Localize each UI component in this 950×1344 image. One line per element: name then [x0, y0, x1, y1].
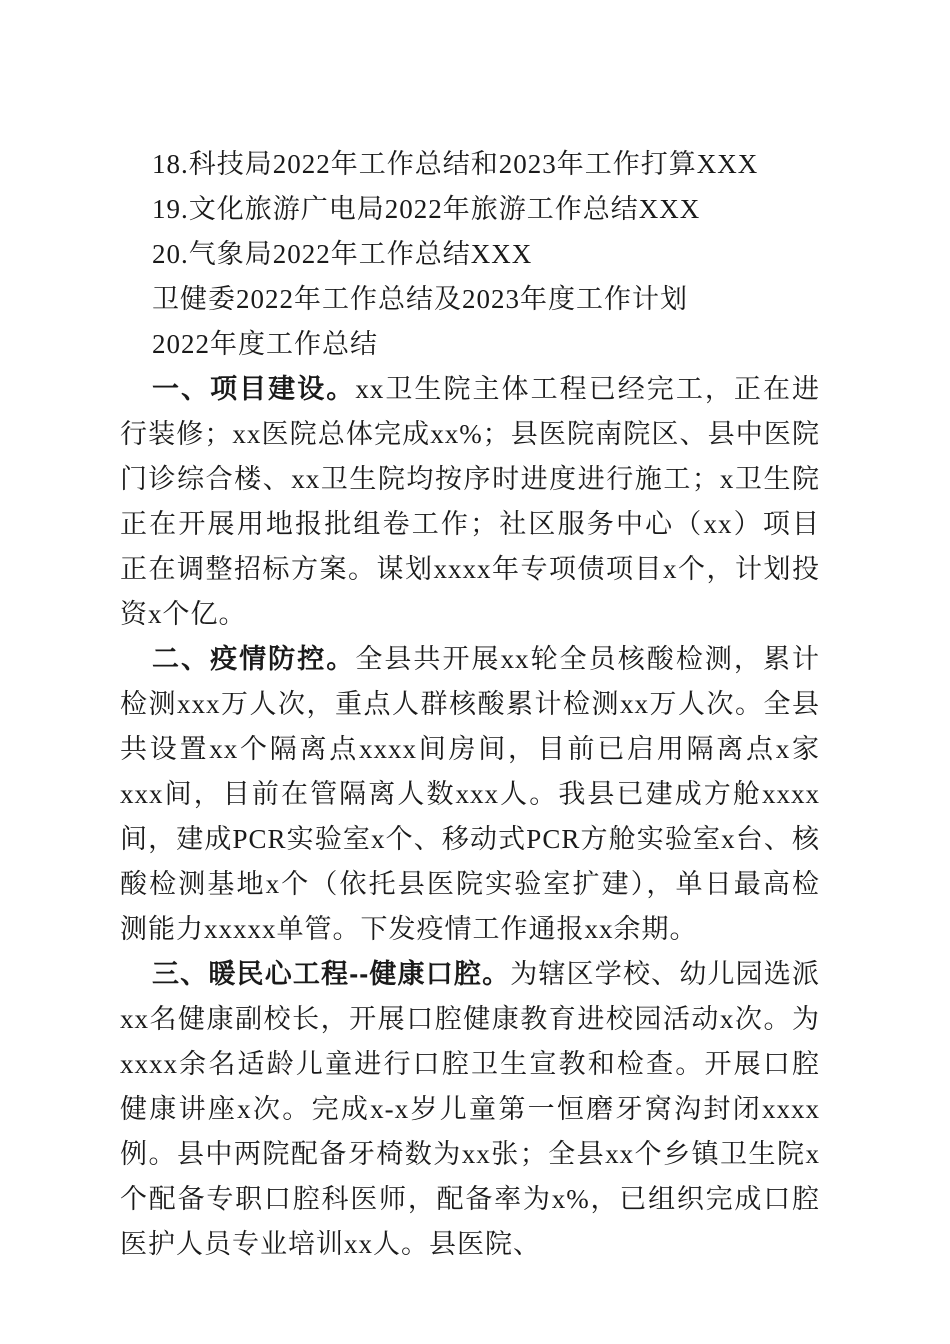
list-item-18: 18.科技局2022年工作总结和2023年工作打算XXX — [120, 142, 820, 187]
paragraph-heading: 二、疫情防控。 — [152, 644, 355, 674]
list-item-19: 19.文化旅游广电局2022年旅游工作总结XXX — [120, 187, 820, 232]
paragraph-epidemic-prevention: 二、疫情防控。全县共开展xx轮全员核酸检测，累计检测xxx万人次，重点人群核酸累… — [120, 637, 820, 952]
document-page: 18.科技局2022年工作总结和2023年工作打算XXX 19.文化旅游广电局2… — [0, 0, 950, 1344]
paragraph-heading: 一、项目建设。 — [152, 374, 355, 404]
paragraph-healthy-teeth: 三、暖民心工程--健康口腔。为辖区学校、幼儿园选派xx名健康副校长，开展口腔健康… — [120, 952, 820, 1267]
paragraph-body: xx卫生院主体工程已经完工，正在进行装修；xx医院总体完成xx%；县医院南院区、… — [120, 374, 820, 629]
section-title-line: 2022年度工作总结 — [120, 322, 820, 367]
list-item-20: 20.气象局2022年工作总结XXX — [120, 232, 820, 277]
paragraph-heading: 三、暖民心工程--健康口腔。 — [152, 959, 510, 989]
document-title-line: 卫健委2022年工作总结及2023年度工作计划 — [120, 277, 820, 322]
paragraph-body: 为辖区学校、幼儿园选派xx名健康副校长，开展口腔健康教育进校园活动x次。为xxx… — [120, 959, 820, 1259]
paragraph-body: 全县共开展xx轮全员核酸检测，累计检测xxx万人次，重点人群核酸累计检测xx万人… — [120, 644, 820, 944]
paragraph-project-construction: 一、项目建设。xx卫生院主体工程已经完工，正在进行装修；xx医院总体完成xx%；… — [120, 367, 820, 637]
